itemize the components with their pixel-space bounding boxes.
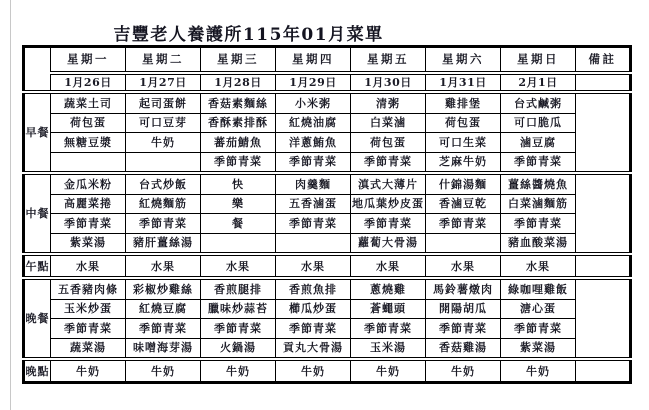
menu-cell: 小米粥 bbox=[276, 92, 351, 113]
remarks-cell bbox=[576, 92, 631, 173]
menu-cell: 紫菜湯 bbox=[51, 233, 126, 254]
date-cell: 1月31日 bbox=[426, 73, 501, 92]
table-row: 中餐金瓜米粉台式炒飯快肉羹麵滇式大薄片什錦湯麵薑絲醬燒魚 bbox=[24, 173, 631, 194]
menu-cell: 可口脆瓜 bbox=[501, 113, 576, 133]
menu-cell: 季節青菜 bbox=[276, 319, 351, 339]
menu-cell: 樂 bbox=[201, 194, 276, 214]
table-row: 午點水果水果水果水果水果水果水果 bbox=[24, 254, 631, 278]
menu-table: 星期一 星期二 星期三 星期四 星期五 星期六 星期日 備註 1月26日 1月2… bbox=[22, 45, 632, 384]
menu-cell: 香酥素排酥 bbox=[201, 113, 276, 133]
table-row: 早餐蔬菜土司起司蛋餅香菇素麵絲小米粥清粥雞排堡台式鹹粥 bbox=[24, 92, 631, 113]
remarks-cell bbox=[576, 73, 631, 92]
menu-cell: 紅燒豆腐 bbox=[126, 299, 201, 319]
menu-cell: 牛奶 bbox=[51, 359, 126, 383]
menu-cell: 季節青菜 bbox=[201, 152, 276, 173]
table-row: 晚點牛奶牛奶牛奶牛奶牛奶牛奶牛奶 bbox=[24, 359, 631, 383]
menu-cell bbox=[276, 233, 351, 254]
menu-cell bbox=[51, 152, 126, 173]
menu-cell bbox=[126, 152, 201, 173]
menu-cell: 玉米炒蛋 bbox=[51, 299, 126, 319]
menu-cell: 荷包蛋 bbox=[51, 113, 126, 133]
menu-cell: 季節青菜 bbox=[201, 319, 276, 339]
menu-cell: 水果 bbox=[126, 254, 201, 278]
date-cell: 1月26日 bbox=[51, 73, 126, 92]
menu-cell: 牛奶 bbox=[126, 359, 201, 383]
day-header-mon: 星期一 bbox=[51, 47, 126, 74]
menu-cell: 香煎腿排 bbox=[201, 278, 276, 299]
remarks-header: 備註 bbox=[576, 47, 631, 74]
table-row: 季節青菜季節青菜季節青菜芝麻牛奶季節青菜 bbox=[24, 152, 631, 173]
menu-cell: 芝麻牛奶 bbox=[426, 152, 501, 173]
menu-cell: 季節青菜 bbox=[351, 152, 426, 173]
meal-section-label: 中餐 bbox=[24, 173, 51, 254]
day-header-tue: 星期二 bbox=[126, 47, 201, 74]
table-row: 紫菜湯豬肝薑絲湯蘿蔔大骨湯豬血酸菜湯 bbox=[24, 233, 631, 254]
menu-cell: 薑絲醬燒魚 bbox=[501, 173, 576, 194]
menu-cell: 蘿蔔大骨湯 bbox=[351, 233, 426, 254]
menu-cell: 季節青菜 bbox=[426, 214, 501, 234]
menu-cell: 台式鹹粥 bbox=[501, 92, 576, 113]
menu-cell: 什錦湯麵 bbox=[426, 173, 501, 194]
menu-cell: 餐 bbox=[201, 214, 276, 234]
day-header-fri: 星期五 bbox=[351, 47, 426, 74]
menu-cell: 季節青菜 bbox=[126, 319, 201, 339]
menu-cell: 牛奶 bbox=[426, 359, 501, 383]
menu-cell: 紫菜湯 bbox=[501, 338, 576, 359]
menu-cell: 地瓜葉炒皮蛋 bbox=[351, 194, 426, 214]
menu-cell: 綠咖哩雞飯 bbox=[501, 278, 576, 299]
menu-cell: 快 bbox=[201, 173, 276, 194]
menu-cell: 滇式大薄片 bbox=[351, 173, 426, 194]
page-title: 吉豐老人養護所115年01月菜單 bbox=[0, 20, 497, 45]
table-row: 荷包蛋可口豆芽香酥素排酥紅燒油腐白菜滷荷包蛋可口脆瓜 bbox=[24, 113, 631, 133]
menu-cell: 牛奶 bbox=[276, 359, 351, 383]
menu-cell: 香煎魚排 bbox=[276, 278, 351, 299]
menu-cell: 季節青菜 bbox=[276, 214, 351, 234]
menu-cell: 無糖豆漿 bbox=[51, 133, 126, 153]
menu-cell: 水果 bbox=[426, 254, 501, 278]
meal-section-label: 晚點 bbox=[24, 359, 51, 383]
menu-cell: 荷包蛋 bbox=[426, 113, 501, 133]
menu-cell: 豬血酸菜湯 bbox=[501, 233, 576, 254]
date-cell: 1月29日 bbox=[276, 73, 351, 92]
date-row: 1月26日 1月27日 1月28日 1月29日 1月30日 1月31日 2月1日 bbox=[24, 73, 631, 92]
menu-cell: 季節青菜 bbox=[351, 214, 426, 234]
day-header-wed: 星期三 bbox=[201, 47, 276, 74]
menu-cell: 牛奶 bbox=[126, 133, 201, 153]
menu-cell: 香菇素麵絲 bbox=[201, 92, 276, 113]
menu-cell: 牛奶 bbox=[351, 359, 426, 383]
table-row: 無糖豆漿牛奶蕃茄鯖魚洋蔥鮪魚荷包蛋可口生菜滷豆腐 bbox=[24, 133, 631, 153]
date-cell: 1月28日 bbox=[201, 73, 276, 92]
menu-cell: 蒼蠅頭 bbox=[351, 299, 426, 319]
menu-cell: 香滷豆乾 bbox=[426, 194, 501, 214]
page-edge-line bbox=[10, 0, 11, 410]
menu-cell: 季節青菜 bbox=[51, 319, 126, 339]
meal-section-label: 晚餐 bbox=[24, 278, 51, 359]
menu-cell: 五香豬肉條 bbox=[51, 278, 126, 299]
day-header-sat: 星期六 bbox=[426, 47, 501, 74]
table-row: 玉米炒蛋紅燒豆腐臘味炒蒜苔櫛瓜炒蛋蒼蠅頭開陽胡瓜溏心蛋 bbox=[24, 299, 631, 319]
menu-cell: 可口豆芽 bbox=[126, 113, 201, 133]
menu-cell: 香菇雞湯 bbox=[426, 338, 501, 359]
menu-cell: 季節青菜 bbox=[51, 214, 126, 234]
menu-cell: 白菜滷 bbox=[351, 113, 426, 133]
menu-cell: 火鍋湯 bbox=[201, 338, 276, 359]
menu-cell: 紅燒油腐 bbox=[276, 113, 351, 133]
date-cell: 2月1日 bbox=[501, 73, 576, 92]
menu-cell bbox=[426, 233, 501, 254]
day-header-row: 星期一 星期二 星期三 星期四 星期五 星期六 星期日 備註 bbox=[24, 47, 631, 74]
remarks-cell bbox=[576, 173, 631, 254]
menu-cell: 高麗菜捲 bbox=[51, 194, 126, 214]
menu-cell: 白菜滷麵筋 bbox=[501, 194, 576, 214]
menu-cell: 水果 bbox=[201, 254, 276, 278]
menu-cell: 季節青菜 bbox=[126, 214, 201, 234]
menu-cell: 水果 bbox=[501, 254, 576, 278]
menu-cell: 可口生菜 bbox=[426, 133, 501, 153]
remarks-cell bbox=[576, 359, 631, 383]
corner-cell bbox=[24, 47, 51, 93]
menu-cell: 彩椒炒雞絲 bbox=[126, 278, 201, 299]
menu-cell: 開陽胡瓜 bbox=[426, 299, 501, 319]
meal-section-label: 早餐 bbox=[24, 92, 51, 173]
date-cell: 1月30日 bbox=[351, 73, 426, 92]
menu-cell: 五香滷蛋 bbox=[276, 194, 351, 214]
menu-cell: 水果 bbox=[51, 254, 126, 278]
menu-cell: 牛奶 bbox=[201, 359, 276, 383]
menu-cell: 雞排堡 bbox=[426, 92, 501, 113]
menu-cell: 肉羹麵 bbox=[276, 173, 351, 194]
table-row: 季節青菜季節青菜餐季節青菜季節青菜季節青菜季節青菜 bbox=[24, 214, 631, 234]
remarks-cell bbox=[576, 254, 631, 278]
menu-cell: 季節青菜 bbox=[276, 152, 351, 173]
menu-cell: 季節青菜 bbox=[351, 319, 426, 339]
meal-section-label: 午點 bbox=[24, 254, 51, 278]
menu-cell: 櫛瓜炒蛋 bbox=[276, 299, 351, 319]
menu-cell: 水果 bbox=[276, 254, 351, 278]
menu-cell: 蔥燒雞 bbox=[351, 278, 426, 299]
menu-cell: 玉米湯 bbox=[351, 338, 426, 359]
remarks-cell bbox=[576, 278, 631, 359]
menu-cell: 蕃茄鯖魚 bbox=[201, 133, 276, 153]
menu-cell: 溏心蛋 bbox=[501, 299, 576, 319]
day-header-thu: 星期四 bbox=[276, 47, 351, 74]
menu-cell: 金瓜米粉 bbox=[51, 173, 126, 194]
day-header-sun: 星期日 bbox=[501, 47, 576, 74]
menu-cell: 台式炒飯 bbox=[126, 173, 201, 194]
menu-cell: 馬鈴薯燉肉 bbox=[426, 278, 501, 299]
table-row: 季節青菜季節青菜季節青菜季節青菜季節青菜季節青菜季節青菜 bbox=[24, 319, 631, 339]
menu-cell: 牛奶 bbox=[501, 359, 576, 383]
menu-cell: 水果 bbox=[351, 254, 426, 278]
menu-cell: 起司蛋餅 bbox=[126, 92, 201, 113]
menu-cell: 味噌海芽湯 bbox=[126, 338, 201, 359]
menu-cell bbox=[201, 233, 276, 254]
table-row: 晚餐五香豬肉條彩椒炒雞絲香煎腿排香煎魚排蔥燒雞馬鈴薯燉肉綠咖哩雞飯 bbox=[24, 278, 631, 299]
menu-cell: 季節青菜 bbox=[501, 319, 576, 339]
menu-cell: 季節青菜 bbox=[501, 152, 576, 173]
menu-cell: 豬肝薑絲湯 bbox=[126, 233, 201, 254]
date-cell: 1月27日 bbox=[126, 73, 201, 92]
menu-cell: 滷豆腐 bbox=[501, 133, 576, 153]
menu-cell: 清粥 bbox=[351, 92, 426, 113]
table-row: 蔬菜湯味噌海芽湯火鍋湯貢丸大骨湯玉米湯香菇雞湯紫菜湯 bbox=[24, 338, 631, 359]
menu-cell: 季節青菜 bbox=[501, 214, 576, 234]
menu-cell: 洋蔥鮪魚 bbox=[276, 133, 351, 153]
menu-cell: 紅燒麵筋 bbox=[126, 194, 201, 214]
menu-cell: 荷包蛋 bbox=[351, 133, 426, 153]
table-row: 高麗菜捲紅燒麵筋樂五香滷蛋地瓜葉炒皮蛋香滷豆乾白菜滷麵筋 bbox=[24, 194, 631, 214]
menu-cell: 蔬菜湯 bbox=[51, 338, 126, 359]
menu-cell: 蔬菜土司 bbox=[51, 92, 126, 113]
menu-cell: 臘味炒蒜苔 bbox=[201, 299, 276, 319]
menu-cell: 貢丸大骨湯 bbox=[276, 338, 351, 359]
menu-cell: 季節青菜 bbox=[426, 319, 501, 339]
